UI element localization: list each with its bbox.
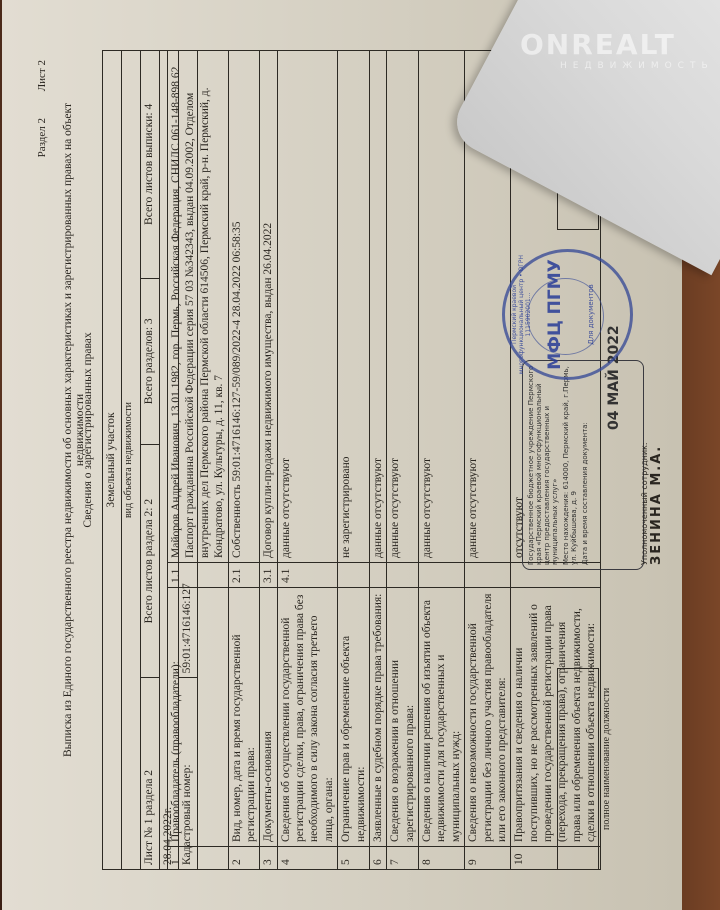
row-number: 6 [369,847,386,870]
row-number: 2 [228,847,260,870]
officer-name: ЗЕНИНА М.А. [649,442,664,565]
row-value: Майоров Андрей Иванович, 13.01.1982, гор… [168,51,229,563]
row-subnumber [465,563,511,588]
officer-label: Уполномоченный сотрудник: [640,442,649,565]
seal-sub: Для документов [587,252,595,377]
watermark-brand: ONREALT [520,28,676,61]
row-value: не зарегистрировано [338,51,370,563]
row-label: Сведения об осуществлении государственно… [277,588,338,847]
section-header: Раздел 2 Лист 2 [36,60,48,181]
sheet-number: Лист № 1 раздела 2 [141,678,160,870]
row-label: Сведения о наличии решения об изъятии об… [419,588,465,847]
table-row: 4Сведения об осуществлении государственн… [277,51,338,870]
row-number: 4 [277,847,338,870]
position-caption: полное наименование должности [601,688,612,830]
table-row: 7Сведения о возражении в отношении зарег… [387,51,419,870]
row-subnumber: 2.1 [228,563,260,588]
watermark-logo: ONREALT НЕДВИЖИМОСТЬ [520,28,714,71]
object-type-value: Земельный участок [103,51,122,870]
row-number: 9 [465,847,511,870]
table-row: 6Заявленные в судебном порядке права тре… [369,51,386,870]
row-subnumber [338,563,370,588]
row-value: Собственность 59:01:4716146:127-59/089/2… [228,51,260,563]
row-subnumber [387,563,419,588]
row-value: данные отсутствуют [387,51,419,563]
row-subnumber [369,563,386,588]
row-number: 3 [260,847,277,870]
table-row: 8Сведения о наличии решения об изъятии о… [419,51,465,870]
position-box [557,668,599,870]
row-value: данные отсутствуют [369,51,386,563]
row-value: Договор купли-продажи недвижимого имущес… [260,51,277,563]
row-number: 1 [168,847,229,870]
row-value: данные отсутствуют [277,51,338,563]
table-row: 5Ограничение прав и обременение объекта … [338,51,370,870]
row-number: 7 [387,847,419,870]
round-seal: Пермский краевой многофункциональный цен… [502,249,633,380]
sheet-label: Лист 2 [36,60,48,91]
row-label: Сведения о возражении в отношении зареги… [387,588,419,847]
row-number: 5 [338,847,370,870]
seal-text: МФЦ ПГМУ [547,252,564,377]
row-label: Сведения о невозможности государственной… [465,588,511,847]
extract-sheets: Всего листов выписки: 4 [141,51,160,279]
table-row: 1Правообладатель (правообладатели):1.1Ма… [168,51,229,870]
document-subtitle: Сведения о зарегистрированных правах [82,80,94,780]
stamp-place: Место нахождения: 614000, Пермский край,… [562,365,578,565]
section-sheets: Всего листов раздела 2: 2 [141,444,160,677]
section-label: Раздел 2 [36,118,48,157]
row-label: Правообладатель (правообладатели): [168,588,229,847]
stamp-datetime-label: Дата и время составления документа: [581,365,589,565]
watermark-sub: НЕДВИЖИМОСТЬ [560,61,714,71]
table-row: 2Вид, номер, дата и время государственно… [228,51,260,870]
table-row: 3Документы-основания3.1Договор купли-про… [260,51,277,870]
row-label: Ограничение прав и обременение объекта н… [338,588,370,847]
stamp-org: Государственное бюджетное учреждение Пер… [527,365,559,565]
table-row: 9Сведения о невозможности государственно… [465,51,511,870]
row-subnumber: 4.1 [277,563,338,588]
officer-block: Уполномоченный сотрудник: ЗЕНИНА М.А. [640,442,664,565]
row-label: Заявленные в судебном порядке права треб… [369,588,386,847]
row-subnumber [419,563,465,588]
row-subnumber: 3.1 [260,563,277,588]
mfc-stamp: Государственное бюджетное учреждение Пер… [522,360,644,570]
object-type-caption: вид объекта недвижимости [122,51,141,870]
row-subnumber: 1.1 [168,563,229,588]
sections-total: Всего разделов: 3 [141,278,160,444]
row-label: Вид, номер, дата и время государственной… [228,588,260,847]
row-label: Документы-основания [260,588,277,847]
row-number: 8 [419,847,465,870]
